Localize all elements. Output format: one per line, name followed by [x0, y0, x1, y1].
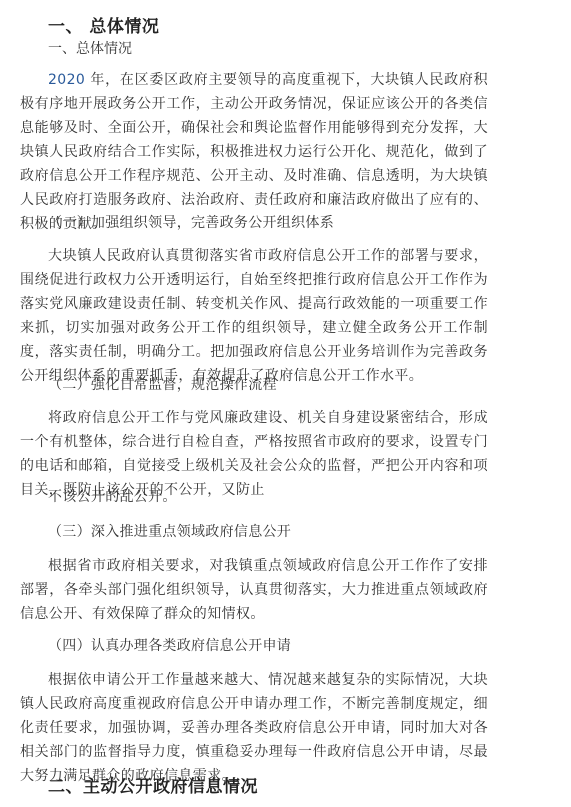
paragraph-1: 大块镇人民政府认真贯彻落实省市政府信息公开工作的部署与要求，围绕促进行政权力公开…	[20, 244, 488, 388]
subheading-2: （二）强化日常监督，规范操作流程	[48, 374, 277, 394]
paragraph-2-continued: 不该公开的乱公开。	[48, 486, 177, 506]
subheading-4: （四）认真办理各类政府信息公开申请	[48, 635, 291, 655]
subheading-1: （一）加强组织领导，完善政务公开组织体系	[48, 212, 334, 232]
paragraph-intro: 2020 年，在区委区政府主要领导的高度重视下，大块镇人民政府积极有序地开展政务…	[20, 68, 488, 236]
intro-text: 年，在区委区政府主要领导的高度重视下，大块镇人民政府积极有序地开展政务公开工作，…	[20, 72, 488, 232]
paragraph-4: 根据依申请公开工作量越来越大、情况越来越复杂的实际情况，大块镇人民政府高度重视政…	[20, 668, 488, 788]
intro-year: 2020	[48, 72, 85, 88]
subheading-3: （三）深入推进重点领域政府信息公开	[48, 521, 291, 541]
section-title-proactive-disclosure: 二、主动公开政府信息情况	[48, 772, 258, 797]
section-title-overview: 一、 总体情况	[48, 12, 159, 37]
paragraph-3: 根据省市政府相关要求，对我镇重点领域政府信息公开工作作了安排部署，各牵头部门强化…	[20, 554, 488, 626]
section-subtitle-overview: 一、总体情况	[48, 38, 132, 58]
